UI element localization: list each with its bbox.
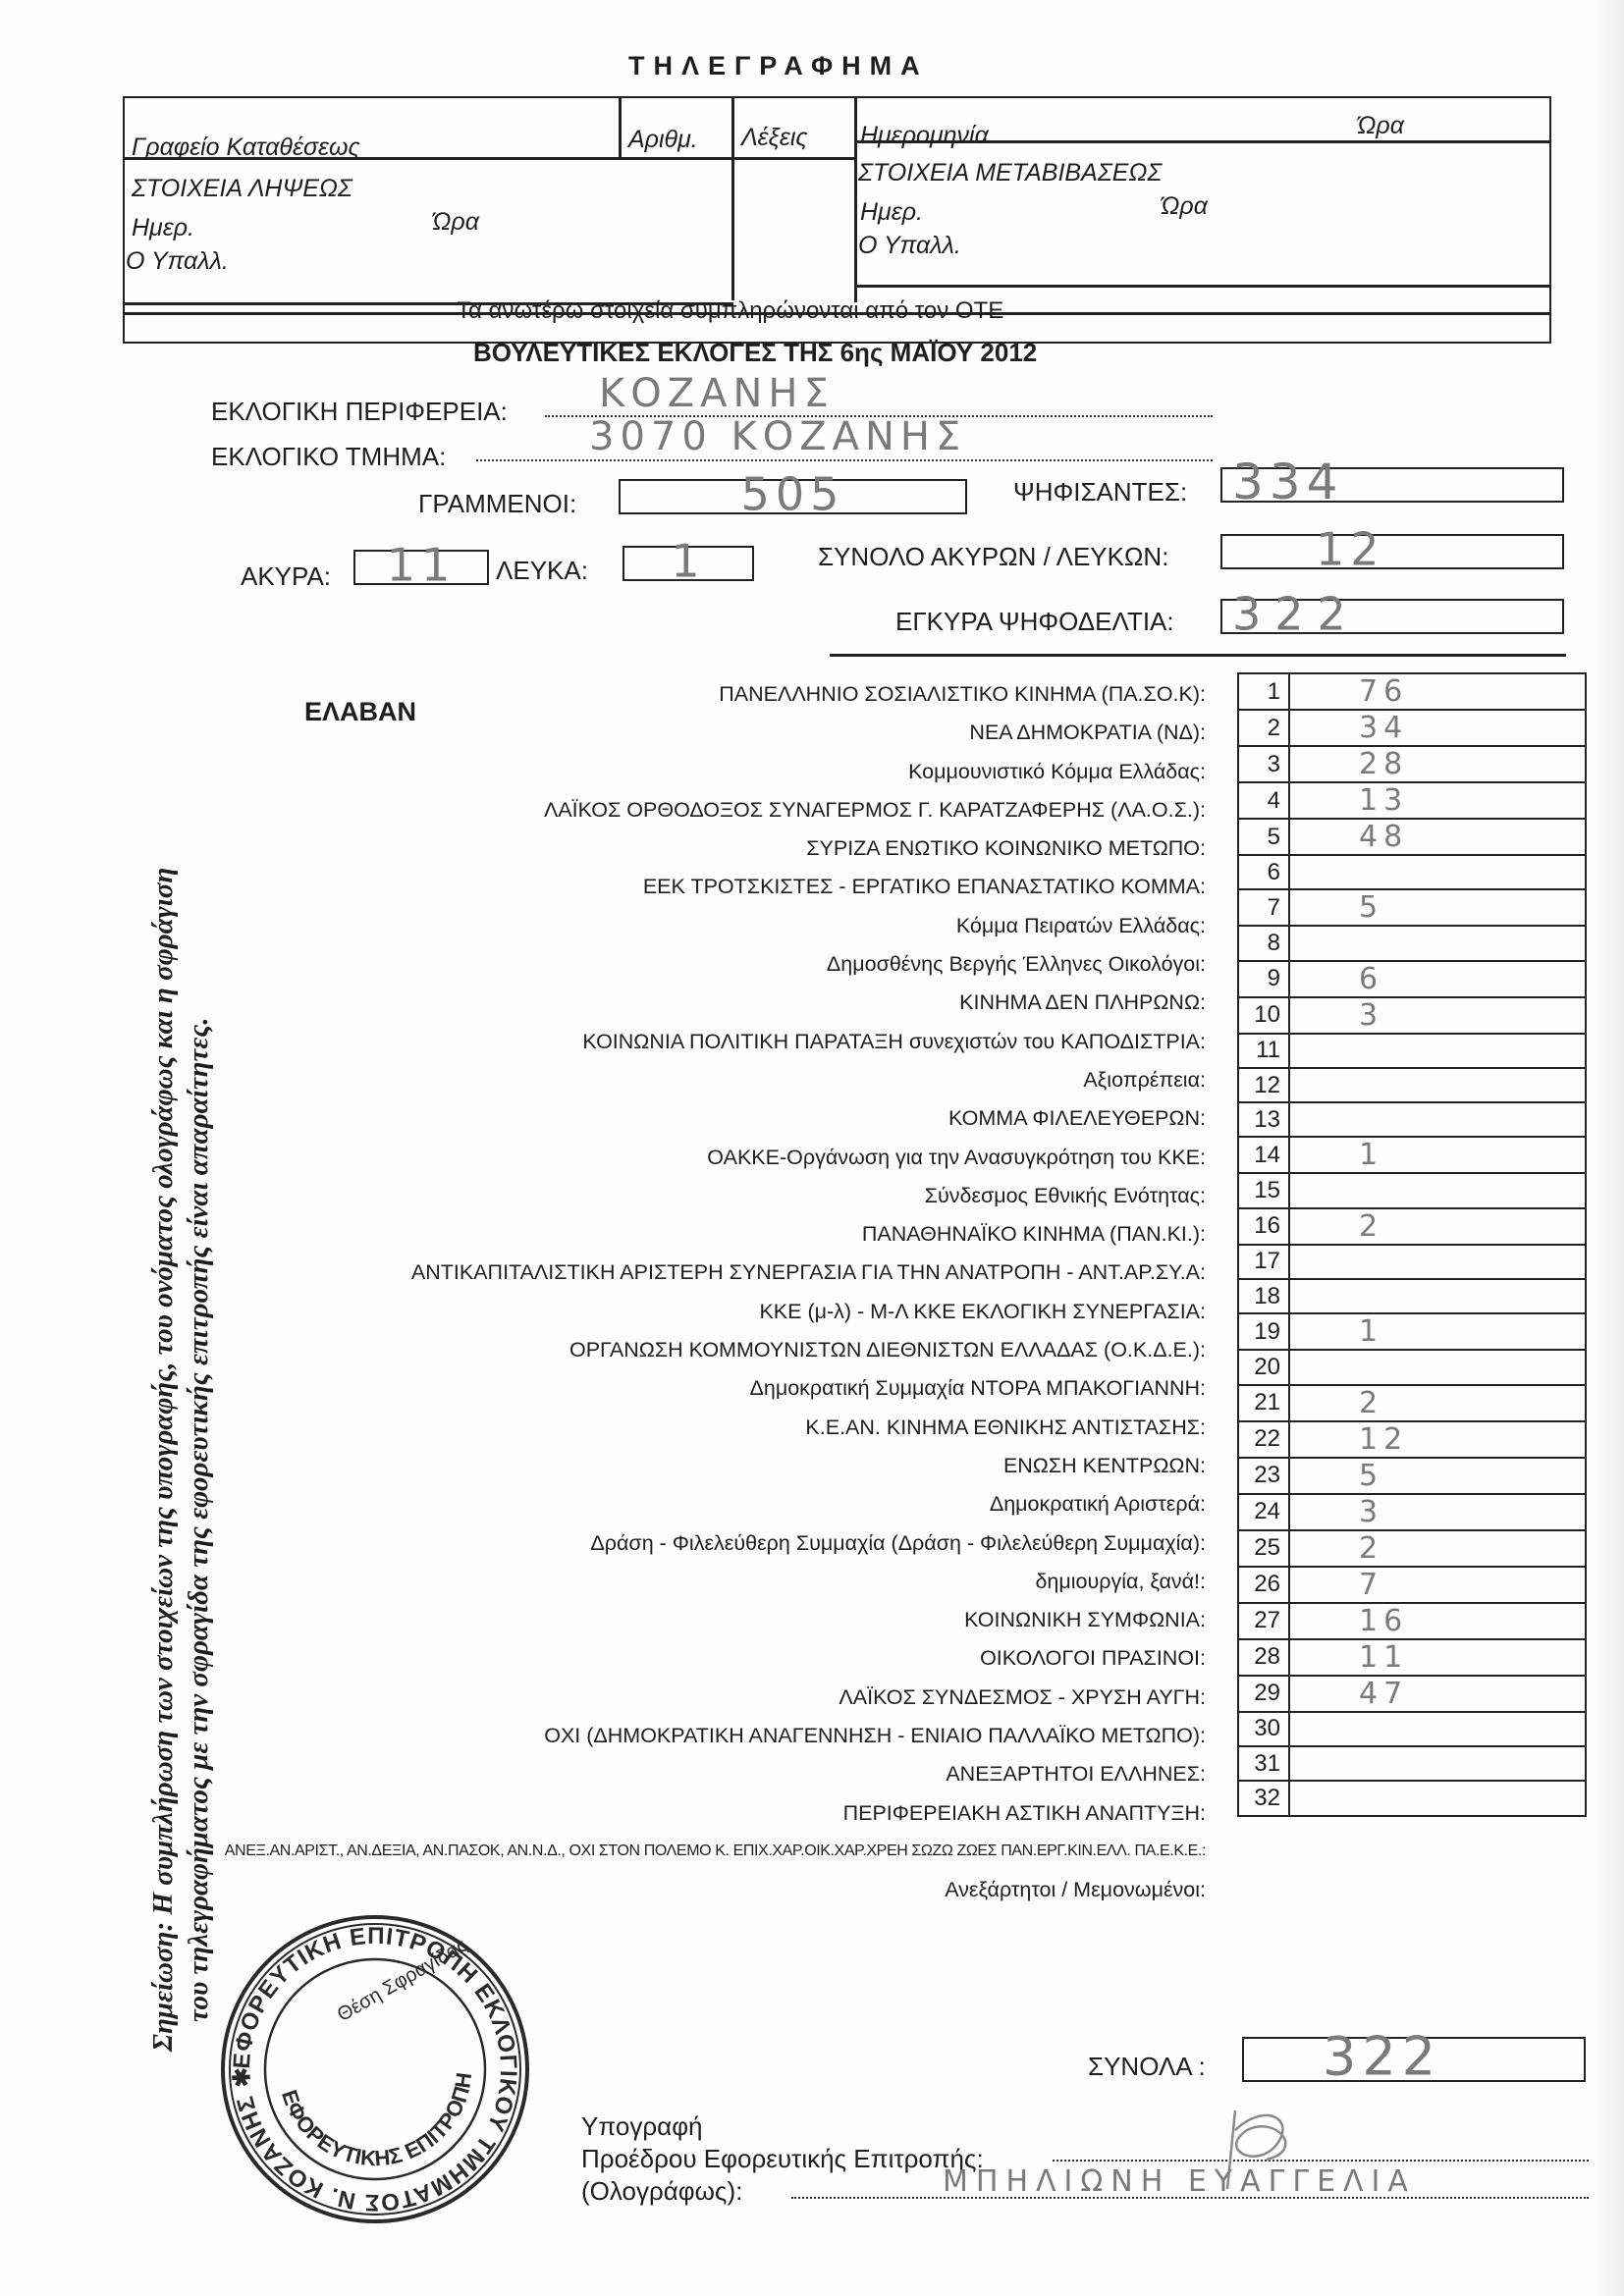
party-votes-field[interactable] — [1289, 1712, 1586, 1746]
signature-line — [1053, 2160, 1589, 2162]
blank-label: ΛΕΥΚΑ: — [496, 556, 588, 586]
party-votes-field[interactable]: 16 — [1289, 1603, 1586, 1639]
party-name: ΚΟΙΝΩΝΙΑ ΠΟΛΙΤΙΚΗ ΠΑΡΑΤΑΞΗ συνεχιστών το… — [225, 1020, 1206, 1058]
signature-label-line2: Προέδρου Εφορευτικής Επιτροπής: — [581, 2143, 984, 2175]
table-row: 2947 — [1238, 1676, 1586, 1712]
party-votes-field[interactable] — [1289, 1350, 1586, 1384]
stamp-outer-text: ΕΦΟΡΕΥΤΙΚΗ ΕΠΙΤΡΟΠΗ ΕΚΛΟΓΙΚΟΥ ΤΜΗΜΑΤΟΣ Ν… — [229, 1923, 522, 2216]
party-votes-field[interactable]: 12 — [1289, 1421, 1586, 1458]
party-votes-field[interactable]: 2 — [1289, 1530, 1586, 1567]
party-votes-field[interactable]: 2 — [1289, 1385, 1586, 1421]
registered-value: 505 — [621, 467, 965, 520]
words-label: Λέξεις — [741, 124, 808, 152]
party-votes-field[interactable] — [1289, 1173, 1586, 1207]
party-name: ΟΧΙ (ΔΗΜΟΚΡΑΤΙΚΗ ΑΝΑΓΕΝΝΗΣΗ - ΕΝΙΑΙΟ ΠΑΛ… — [225, 1714, 1206, 1752]
totals-value: 322 — [1244, 2025, 1584, 2087]
signature-label: Υπογραφή Προέδρου Εφορευτικής Επιτροπής:… — [581, 2110, 984, 2208]
invalid-blank-total-field[interactable]: 12 — [1220, 534, 1564, 569]
party-votes-field[interactable] — [1289, 1245, 1586, 1279]
table-row: 18 — [1238, 1279, 1586, 1313]
party-votes-field[interactable] — [1289, 926, 1586, 960]
party-votes-field[interactable]: 5 — [1289, 889, 1586, 926]
district-label: ΕΚΛΟΓΙΚΗ ΠΕΡΙΦΕΡΕΙΑ: — [211, 397, 508, 427]
valid-field[interactable]: 322 — [1220, 599, 1564, 634]
registered-field[interactable]: 505 — [619, 479, 967, 514]
table-row: 75 — [1238, 889, 1586, 926]
voted-label: ΨΗΦΙΣΑΝΤΕΣ: — [1013, 477, 1187, 507]
party-name: ΚΟΜΜΑ ΦΙΛΕΛΕΥΘΕΡΩΝ: — [225, 1096, 1206, 1135]
table-row: 11 — [1238, 1034, 1586, 1068]
election-title: ΒΟΥΛΕΥΤΙΚΕΣ ΕΚΛΟΓΕΣ ΤΗΣ 6ης ΜΑΪΟΥ 2012 — [473, 338, 1037, 368]
invalid-label: ΑΚΥΡΑ: — [241, 561, 331, 592]
party-number: 30 — [1238, 1712, 1289, 1746]
table-row: 243 — [1238, 1494, 1586, 1530]
table-row: 176 — [1238, 673, 1586, 710]
party-number: 32 — [1238, 1781, 1289, 1815]
transmission-clerk-label: Ο Υπαλλ. — [858, 232, 961, 260]
party-votes-field[interactable]: 34 — [1289, 710, 1586, 746]
party-name: ΟΡΓΑΝΩΣΗ ΚΟΜΜΟΥΝΙΣΤΩΝ ΔΙΕΘΝΙΣΤΩΝ ΕΛΛΑΔΑΣ… — [225, 1328, 1206, 1366]
table-row: 2716 — [1238, 1603, 1586, 1639]
party-name: ΝΕΑ ΔΗΜΟΚΡΑΤΙΑ (ΝΔ): — [225, 711, 1206, 749]
section-line — [476, 459, 1213, 461]
totals-field[interactable]: 322 — [1242, 2037, 1586, 2082]
results-table: 1762343284135486758961031112131411516217… — [1237, 672, 1587, 1817]
party-votes-field[interactable]: 11 — [1289, 1639, 1586, 1676]
transmission-date-label: Ημερ. — [860, 198, 923, 227]
party-name: ΑΝΕΞ.ΑΝ.ΑΡΙΣΤ., ΑΝ.ΔΕΞΙΑ, ΑΝ.ΠΑΣΟΚ, ΑΝ.Ν… — [225, 1830, 1206, 1868]
party-number: 11 — [1238, 1034, 1289, 1068]
table-row: 235 — [1238, 1458, 1586, 1494]
party-votes-field[interactable] — [1289, 855, 1586, 889]
blank-value: 1 — [624, 534, 752, 587]
party-name: ΛΑΪΚΟΣ ΣΥΝΔΕΣΜΟΣ - ΧΡΥΣΗ ΑΥΓΗ: — [225, 1676, 1206, 1714]
party-number: 2 — [1238, 710, 1289, 746]
party-name: ΚΟΙΝΩΝΙΚΗ ΣΥΜΦΩΝΙΑ: — [225, 1598, 1206, 1636]
party-votes-field[interactable]: 6 — [1289, 961, 1586, 997]
party-votes-field[interactable]: 3 — [1289, 997, 1586, 1034]
transmission-bottom-line — [854, 285, 1551, 288]
party-votes-field[interactable] — [1289, 1102, 1586, 1137]
table-row: 328 — [1238, 746, 1586, 782]
side-note-line2: του τηλεγραφήματος με την σφραγίδα της ε… — [181, 648, 216, 2052]
party-votes-field[interactable]: 2 — [1289, 1208, 1586, 1245]
transmission-heading: ΣΤΟΙΧΕΙΑ ΜΕΤΑΒΙΒΑΣΕΩΣ — [858, 159, 1162, 187]
invalid-field[interactable]: 11 — [353, 550, 489, 585]
party-number: 18 — [1238, 1279, 1289, 1313]
registered-label: ΓΡΑΜΜΕΝΟΙ: — [418, 489, 576, 519]
table-row: 13 — [1238, 1102, 1586, 1137]
party-number: 23 — [1238, 1458, 1289, 1494]
telegram-title: ΤΗΛΕΓΡΑΦΗΜΑ — [628, 51, 929, 81]
side-note: Σημείωση: Η συμπλήρωση των στοιχείων της… — [145, 648, 216, 2052]
table-row: 2212 — [1238, 1421, 1586, 1458]
party-votes-field[interactable]: 1 — [1289, 1137, 1586, 1173]
table-row: 31 — [1238, 1746, 1586, 1781]
party-name: Δημοκρατική Αριστερά: — [225, 1482, 1206, 1521]
party-name: ΠΑΝΑΘΗΝΑΪΚΟ ΚΙΝΗΜΑ (ΠΑΝ.ΚΙ.): — [225, 1212, 1206, 1251]
party-number: 25 — [1238, 1530, 1289, 1567]
table-row: 12 — [1238, 1068, 1586, 1102]
party-number: 28 — [1238, 1639, 1289, 1676]
party-number: 7 — [1238, 889, 1289, 926]
voted-value: 334 — [1222, 454, 1562, 510]
voted-field[interactable]: 334 — [1220, 467, 1564, 503]
party-number: 17 — [1238, 1245, 1289, 1279]
party-number: 8 — [1238, 926, 1289, 960]
district-value[interactable]: ΚΟΖΑΝΗΣ — [599, 371, 835, 416]
table-row: 548 — [1238, 819, 1586, 855]
party-list: ΠΑΝΕΛΛΗΝΙΟ ΣΟΣΙΑΛΙΣΤΙΚΟ ΚΙΝΗΜΑ (ΠΑ.ΣΟ.Κ)… — [225, 672, 1206, 1907]
party-votes-field[interactable]: 28 — [1289, 746, 1586, 782]
party-name: Δράση - Φιλελεύθερη Συμμαχία (Δράση - Φι… — [225, 1522, 1206, 1560]
party-number: 20 — [1238, 1350, 1289, 1384]
party-number: 31 — [1238, 1746, 1289, 1781]
party-number: 9 — [1238, 961, 1289, 997]
ote-note: Τα ανωτέρω στοιχεία συμπληρώνονται από τ… — [457, 297, 1003, 325]
time-label: Ώρα — [1357, 112, 1404, 140]
party-name: Ανεξάρτητοι / Μεμονωμένοι: — [225, 1868, 1206, 1906]
party-name: Κ.Ε.ΑΝ. ΚΙΝΗΜΑ ΕΘΝΙΚΗΣ ΑΝΤΙΣΤΑΣΗΣ: — [225, 1406, 1206, 1444]
deposit-office-label: Γραφείο Καταθέσεως — [132, 133, 360, 162]
party-number: 5 — [1238, 819, 1289, 855]
valid-label: ΕΓΚΥΡΑ ΨΗΦΟΔΕΛΤΙΑ: — [895, 607, 1174, 637]
party-votes-field[interactable] — [1289, 1034, 1586, 1068]
party-name: ΣΥΡΙΖΑ ΕΝΩΤΙΚΟ ΚΟΙΝΩΝΙΚΟ ΜΕΤΩΠΟ: — [225, 827, 1206, 865]
transmission-time-label: Ώρα — [1161, 192, 1208, 221]
party-number: 15 — [1238, 1173, 1289, 1207]
party-number: 26 — [1238, 1567, 1289, 1603]
header-col-divider-2 — [731, 96, 734, 300]
party-name: ΟΙΚΟΛΟΓΟΙ ΠΡΑΣΙΝΟΙ: — [225, 1636, 1206, 1675]
table-row: 252 — [1238, 1530, 1586, 1567]
party-number: 29 — [1238, 1676, 1289, 1712]
party-number: 21 — [1238, 1385, 1289, 1421]
party-name: ΠΕΡΙΦΕΡΕΙΑΚΗ ΑΣΤΙΚΗ ΑΝΑΠΤΥΞΗ: — [225, 1791, 1206, 1830]
table-row: 413 — [1238, 782, 1586, 819]
invalid-value: 11 — [355, 538, 487, 591]
table-row: 20 — [1238, 1350, 1586, 1384]
party-number: 16 — [1238, 1208, 1289, 1245]
table-row: 141 — [1238, 1137, 1586, 1173]
party-name: ΑΝΕΞΑΡΤΗΤΟΙ ΕΛΛΗΝΕΣ: — [225, 1752, 1206, 1790]
party-name: ΛΑΪΚΟΣ ΟΡΘΟΔΟΞΟΣ ΣΥΝΑΓΕΡΜΟΣ Γ. ΚΑΡΑΤΖΑΦΕ… — [225, 788, 1206, 827]
party-number: 19 — [1238, 1313, 1289, 1350]
party-votes-field[interactable]: 13 — [1289, 782, 1586, 819]
invalid-blank-total-label: ΣΥΝΟΛΟ ΑΚΥΡΩΝ / ΛΕΥΚΩΝ: — [818, 542, 1168, 572]
date-label: Ημερομηνία — [860, 122, 989, 150]
section-value[interactable]: 3070 ΚΟΖΑΝΗΣ — [589, 414, 966, 459]
party-name: ΟΑΚΚΕ-Οργάνωση για την Ανασυγκρότηση του… — [225, 1136, 1206, 1174]
table-row: 6 — [1238, 855, 1586, 889]
valid-value: 322 — [1222, 587, 1562, 640]
table-row: 212 — [1238, 1385, 1586, 1421]
receipt-heading: ΣΤΟΙΧΕΙΑ ΛΗΨΕΩΣ — [132, 175, 352, 203]
signature-name-value[interactable]: ΜΠΗΛΙΩΝΗ ΕΥΑΓΓΕΛΙΑ — [943, 2164, 1416, 2199]
party-name: Κόμμα Πειρατών Ελλάδας: — [225, 904, 1206, 942]
invalid-blank-total-value: 12 — [1222, 522, 1562, 575]
table-row: 191 — [1238, 1313, 1586, 1350]
party-votes-field[interactable]: 47 — [1289, 1676, 1586, 1712]
party-number: 6 — [1238, 855, 1289, 889]
side-note-line1: Σημείωση: Η συμπλήρωση των στοιχείων της… — [145, 648, 181, 2052]
party-votes-field[interactable]: 5 — [1289, 1458, 1586, 1494]
totals-label: ΣΥΝΟΛΑ : — [1088, 2052, 1206, 2082]
receipt-time-label: Ώρα — [432, 208, 479, 237]
svg-text:ΕΦΟΡΕΥΤΙΚΗ ΕΠΙΤΡΟΠΗ ΕΚΛΟΓΙΚΟΥ: ΕΦΟΡΕΥΤΙΚΗ ΕΠΙΤΡΟΠΗ ΕΚΛΟΓΙΚΟΥ ΤΜΗΜΑΤΟΣ Ν… — [229, 1923, 522, 2216]
section-divider — [830, 654, 1566, 657]
party-votes-field[interactable] — [1289, 1279, 1586, 1313]
party-name: Δημοσθένης Βεργής Έλληνες Οικολόγοι: — [225, 942, 1206, 981]
party-name: δημιουργία, ξανά!: — [225, 1560, 1206, 1598]
party-votes-field[interactable]: 76 — [1289, 673, 1586, 710]
party-number: 24 — [1238, 1494, 1289, 1530]
party-votes-field[interactable] — [1289, 1068, 1586, 1102]
signature-label-line3: (Ολογράφως): — [581, 2175, 984, 2208]
table-row: 234 — [1238, 710, 1586, 746]
party-number: 4 — [1238, 782, 1289, 819]
table-row: 15 — [1238, 1173, 1586, 1207]
table-row: 162 — [1238, 1208, 1586, 1245]
party-name: Κομμουνιστικό Κόμμα Ελλάδας: — [225, 750, 1206, 788]
party-number: 13 — [1238, 1102, 1289, 1137]
header-col-divider-3 — [854, 96, 857, 302]
table-row: 17 — [1238, 1245, 1586, 1279]
party-number: 10 — [1238, 997, 1289, 1034]
table-row: 2811 — [1238, 1639, 1586, 1676]
party-name: ΑΝΤΙΚΑΠΙΤΑΛΙΣΤΙΚΗ ΑΡΙΣΤΕΡΗ ΣΥΝΕΡΓΑΣΙΑ ΓΙ… — [225, 1251, 1206, 1289]
scan-edge-shadow — [1597, 0, 1624, 2296]
party-votes-field[interactable] — [1289, 1781, 1586, 1815]
party-number: 14 — [1238, 1137, 1289, 1173]
header-col-divider-1 — [619, 96, 622, 157]
party-votes-field[interactable]: 1 — [1289, 1313, 1586, 1350]
party-number: 12 — [1238, 1068, 1289, 1102]
party-name: Σύνδεσμος Εθνικής Ενότητας: — [225, 1174, 1206, 1212]
party-votes-field[interactable]: 3 — [1289, 1494, 1586, 1530]
table-row: 103 — [1238, 997, 1586, 1034]
party-votes-field[interactable]: 7 — [1289, 1567, 1586, 1603]
table-row: 267 — [1238, 1567, 1586, 1603]
party-number: 3 — [1238, 746, 1289, 782]
table-row: 32 — [1238, 1781, 1586, 1815]
party-votes-field[interactable] — [1289, 1746, 1586, 1781]
party-votes-field[interactable]: 48 — [1289, 819, 1586, 855]
section-label: ΕΚΛΟΓΙΚΟ ΤΜΗΜΑ: — [211, 442, 446, 472]
receipt-date-label: Ημερ. — [132, 214, 194, 242]
party-name: ΚΙΝΗΜΑ ΔΕΝ ΠΛΗΡΩΝΩ: — [225, 981, 1206, 1019]
table-row: 96 — [1238, 961, 1586, 997]
party-number: 27 — [1238, 1603, 1289, 1639]
table-row: 8 — [1238, 926, 1586, 960]
blank-field[interactable]: 1 — [623, 546, 754, 581]
party-name: ΠΑΝΕΛΛΗΝΙΟ ΣΟΣΙΑΛΙΣΤΙΚΟ ΚΙΝΗΜΑ (ΠΑ.ΣΟ.Κ)… — [225, 672, 1206, 711]
party-name: Δημοκρατική Συμμαχία ΝΤΟΡΑ ΜΠΑΚΟΓΙΑΝΝΗ: — [225, 1366, 1206, 1405]
party-number: 1 — [1238, 673, 1289, 710]
table-row: 30 — [1238, 1712, 1586, 1746]
official-stamp: ΕΦΟΡΕΥΤΙΚΗ ΕΠΙΤΡΟΠΗ ΕΚΛΟΓΙΚΟΥ ΤΜΗΜΑΤΟΣ Ν… — [218, 1912, 532, 2226]
party-name: ΕΝΩΣΗ ΚΕΝΤΡΩΩΝ: — [225, 1444, 1206, 1482]
party-name: Αξιοπρέπεια: — [225, 1058, 1206, 1096]
number-label: Αριθμ. — [628, 126, 698, 154]
signature-label-line1: Υπογραφή — [581, 2110, 984, 2143]
party-name: ΚΚΕ (μ-λ) - Μ-Λ ΚΚΕ ΕΚΛΟΓΙΚΗ ΣΥΝΕΡΓΑΣΙΑ: — [225, 1290, 1206, 1328]
party-number: 22 — [1238, 1421, 1289, 1458]
receipt-clerk-label: Ο Υπαλλ. — [126, 247, 229, 276]
party-name: ΕΕΚ ΤΡΟΤΣΚΙΣΤΕΣ - ΕΡΓΑΤΙΚΟ ΕΠΑΝΑΣΤΑΤΙΚΟ … — [225, 865, 1206, 903]
